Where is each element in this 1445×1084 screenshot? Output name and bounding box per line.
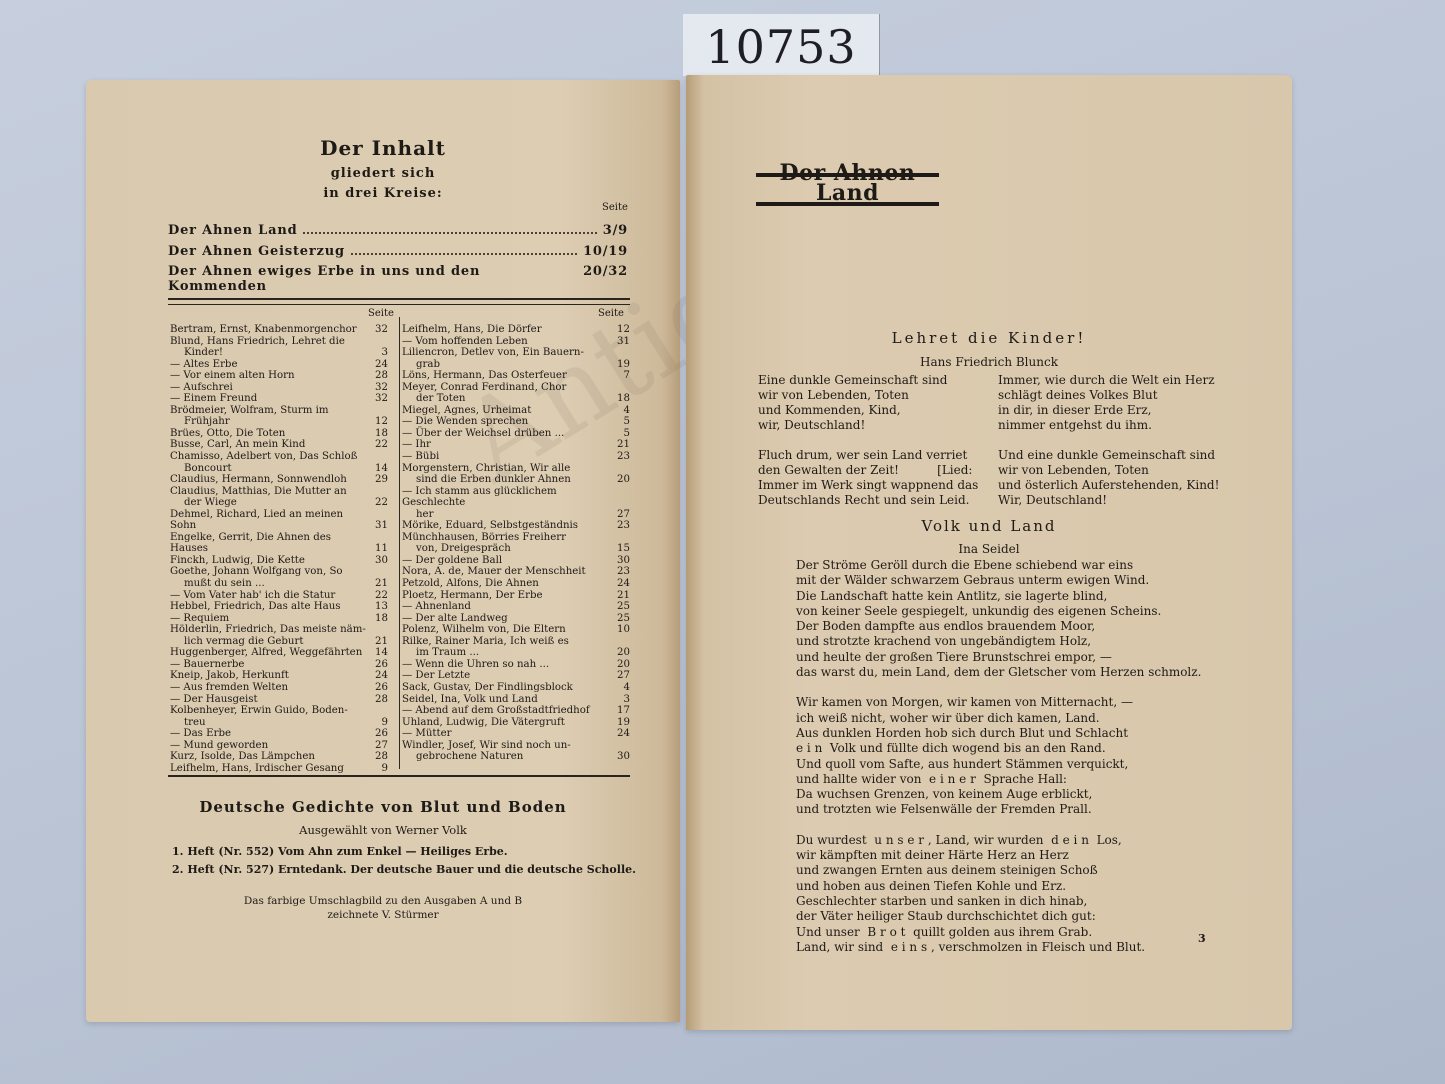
- index-entry-text: Münchhausen, Börries Freiherr: [402, 532, 610, 544]
- poem-1-right-column: Immer, wie durch die Welt ein Herzschläg…: [998, 373, 1238, 508]
- index-entry-page: 4: [610, 682, 630, 694]
- index-entry-text: Kinder!: [184, 347, 368, 359]
- index-entry-page: 27: [368, 740, 388, 752]
- index-entry-page: 24: [368, 359, 388, 371]
- kreis-label: Der Ahnen Geisterzug: [168, 244, 345, 259]
- index-seite-left: Seite: [368, 308, 394, 319]
- index-entry-page: 19: [610, 717, 630, 729]
- index-entry-page: 30: [610, 555, 630, 567]
- index-entry-text: Engelke, Gerrit, Die Ahnen des Hauses: [170, 532, 368, 555]
- index-entry-text: sind die Erben dunkler Ahnen: [416, 474, 610, 486]
- index-entry-text: — Altes Erbe: [170, 359, 368, 371]
- index-entry-page: 10: [610, 624, 630, 636]
- index-entry-text: im Traum ...: [416, 647, 610, 659]
- verse-line: den Gewalten der Zeit! [Lied:: [758, 463, 988, 478]
- index-entry-page: 26: [368, 682, 388, 694]
- index-entry-text: Brödmeier, Wolfram, Sturm im: [170, 405, 368, 417]
- index-entry-page: 24: [610, 728, 630, 740]
- index-entry-text: Miegel, Agnes, Urheimat: [402, 405, 610, 417]
- index-entry: — Der Letzte27: [402, 670, 630, 682]
- index-entry-page: 22: [368, 439, 388, 451]
- index-entry: Finckh, Ludwig, Die Kette30: [170, 555, 388, 567]
- index-entry-text: der Toten: [416, 393, 610, 405]
- verse-line: Immer im Werk singt wappnend das: [758, 478, 988, 493]
- index-entry-page: 3: [368, 347, 388, 359]
- index-entry-page: 12: [368, 416, 388, 428]
- verse-line: Eine dunkle Gemeinschaft sind: [758, 373, 988, 388]
- verse-line: wir kämpften mit deiner Härte Herz an He…: [796, 848, 1256, 863]
- index-entry-text: Meyer, Conrad Ferdinand, Chor: [402, 382, 610, 394]
- index-entry: Huggenberger, Alfred, Weggefährten14: [170, 647, 388, 659]
- index-entry-text: — Der alte Landweg: [402, 613, 610, 625]
- index-entry-page: 12: [610, 324, 630, 336]
- index-entry: — Vom Vater hab' ich die Statur22: [170, 590, 388, 602]
- index-entry: — Aus fremden Welten26: [170, 682, 388, 694]
- index-entry-text: Hölderlin, Friedrich, Das meiste näm-: [170, 624, 368, 636]
- verse-line: und heulte der großen Tiere Brunstschrei…: [796, 650, 1256, 665]
- index-entry: Goethe, Johann Wolfgang von, So: [170, 566, 388, 578]
- index-entry-text: gebrochene Naturen: [416, 751, 610, 763]
- verse-line: ich weiß nicht, woher wir über dich kame…: [796, 711, 1256, 726]
- index-entry-page: 23: [610, 520, 630, 532]
- index-entry-text: Seidel, Ina, Volk und Land: [402, 694, 610, 706]
- index-entry: Engelke, Gerrit, Die Ahnen des Hauses11: [170, 532, 388, 555]
- poem-2-author: Ina Seidel: [686, 542, 1292, 556]
- verse-line: e i n Volk und füllte dich wogend bis an…: [796, 741, 1256, 756]
- index-entry-text: — Der goldene Ball: [402, 555, 610, 567]
- index-entry-page: 20: [610, 659, 630, 671]
- cover-credit-1: Das farbige Umschlagbild zu den Ausgaben…: [86, 895, 680, 908]
- page-number: 3: [1198, 932, 1206, 945]
- index-entry-text: — Abend auf dem Großstadtfriedhof: [402, 705, 610, 717]
- index-entry-text: grab: [416, 359, 610, 371]
- verse-line: und zwangen Ernten aus deinem steinigen …: [796, 863, 1256, 878]
- index-entry: Kneip, Jakob, Herkunft24: [170, 670, 388, 682]
- index-entry: — Der alte Landweg25: [402, 613, 630, 625]
- verse-line: und österlich Auferstehenden, Kind!: [998, 478, 1238, 493]
- index-entry: her27: [402, 509, 630, 521]
- index-entry: — Der Hausgeist28: [170, 694, 388, 706]
- index-entry-page: 15: [610, 543, 630, 555]
- index-entry: Chamisso, Adelbert von, Das Schloß: [170, 451, 388, 463]
- index-entry: — Vor einem alten Horn28: [170, 370, 388, 382]
- index-entry: Löns, Hermann, Das Osterfeuer7: [402, 370, 630, 382]
- toc-kreis-3: Der Ahnen ewiges Erbe in uns und den Kom…: [168, 264, 628, 294]
- index-entry-page: 19: [610, 359, 630, 371]
- index-entry: — Das Erbe26: [170, 728, 388, 740]
- series-volume-2: 2. Heft (Nr. 527) Erntedank. Der deutsch…: [172, 863, 636, 876]
- index-entry-page: 26: [368, 728, 388, 740]
- index-entry: — Ahnenland25: [402, 601, 630, 613]
- index-entry-text: — Mütter: [402, 728, 610, 740]
- index-entry-page: 32: [368, 393, 388, 405]
- index-column-left: Bertram, Ernst, Knabenmorgenchor32Blund,…: [170, 324, 388, 774]
- index-entry: Kurz, Isolde, Das Lämpchen28: [170, 751, 388, 763]
- index-entry-text: Uhland, Ludwig, Die Vätergruft: [402, 717, 610, 729]
- index-entry: Miegel, Agnes, Urheimat4: [402, 405, 630, 417]
- index-entry: Polenz, Wilhelm von, Die Eltern10: [402, 624, 630, 636]
- index-entry: — Ich stamm aus glücklichem Geschlechte: [402, 486, 630, 509]
- index-entry-text: — Aufschrei: [170, 382, 368, 394]
- index-entry: — Vom hoffenden Leben31: [402, 336, 630, 348]
- verse-line: und hoben aus deinen Tiefen Kohle und Er…: [796, 879, 1256, 894]
- index-entry-text: — Bübi: [402, 451, 610, 463]
- index-entry: — Abend auf dem Großstadtfriedhof17: [402, 705, 630, 717]
- index-entry: Windler, Josef, Wir sind noch un-: [402, 740, 630, 752]
- index-entry-text: Chamisso, Adelbert von, Das Schloß: [170, 451, 368, 463]
- index-entry-page: 9: [368, 717, 388, 729]
- verse-line: Wir, Deutschland!: [998, 493, 1238, 508]
- index-entry-text: Goethe, Johann Wolfgang von, So: [170, 566, 368, 578]
- index-entry-page: 28: [368, 751, 388, 763]
- double-rule-bottom: [168, 775, 630, 779]
- index-entry: Busse, Carl, An mein Kind22: [170, 439, 388, 451]
- index-entry-text: Polenz, Wilhelm von, Die Eltern: [402, 624, 610, 636]
- index-entry-text: — Aus fremden Welten: [170, 682, 368, 694]
- index-entry-text: Blund, Hans Friedrich, Lehret die: [170, 336, 368, 348]
- column-divider: [399, 317, 400, 769]
- index-entry: — Mund geworden27: [170, 740, 388, 752]
- stanza: Und eine dunkle Gemeinschaft sindwir von…: [998, 448, 1238, 508]
- index-entry-text: — Vor einem alten Horn: [170, 370, 368, 382]
- index-entry: Seidel, Ina, Volk und Land3: [402, 694, 630, 706]
- verse-line: Immer, wie durch die Welt ein Herz: [998, 373, 1238, 388]
- index-entry: von, Dreigespräch15: [402, 543, 630, 555]
- verse-line: Der Ströme Geröll durch die Ebene schieb…: [796, 558, 1256, 573]
- index-entry-text: Nora, A. de, Mauer der Menschheit: [402, 566, 610, 578]
- index-entry-page: 24: [368, 670, 388, 682]
- index-entry: sind die Erben dunkler Ahnen20: [402, 474, 630, 486]
- index-entry-text: — Der Hausgeist: [170, 694, 368, 706]
- index-entry-page: 17: [610, 705, 630, 717]
- section-banner: Der Ahnen Land: [756, 161, 939, 203]
- toc-seite-label: Seite: [602, 202, 628, 213]
- index-entry: grab19: [402, 359, 630, 371]
- verse-line: Die Landschaft hatte kein Antlitz, sie l…: [796, 589, 1256, 604]
- double-rule-top: [168, 298, 630, 305]
- index-entry-page: 9: [368, 763, 388, 775]
- poem-2-body: Der Ströme Geröll durch die Ebene schieb…: [796, 558, 1256, 955]
- index-entry: Claudius, Matthias, Die Mutter an: [170, 486, 388, 498]
- index-entry: der Wiege22: [170, 497, 388, 509]
- index-entry-text: — Einem Freund: [170, 393, 368, 405]
- index-entry-page: 21: [610, 439, 630, 451]
- index-entry-text: — Wenn die Uhren so nah ...: [402, 659, 610, 671]
- index-entry-page: 11: [368, 543, 388, 555]
- index-entry: — Die Wenden sprechen5: [402, 416, 630, 428]
- index-entry: gebrochene Naturen30: [402, 751, 630, 763]
- index-entry-text: — Die Wenden sprechen: [402, 416, 610, 428]
- verse-line: wir von Lebenden, Toten: [998, 463, 1238, 478]
- index-entry-page: 21: [368, 578, 388, 590]
- index-entry-page: 14: [368, 463, 388, 475]
- index-entry: — Requiem18: [170, 613, 388, 625]
- index-entry-page: 20: [610, 474, 630, 486]
- index-entry-text: — Das Erbe: [170, 728, 368, 740]
- index-entry-text: Brües, Otto, Die Toten: [170, 428, 368, 440]
- index-entry-text: Morgenstern, Christian, Wir alle: [402, 463, 610, 475]
- verse-line: Da wuchsen Grenzen, von keinem Auge erbl…: [796, 787, 1256, 802]
- verse-line: Land, wir sind e i n s , verschmolzen in…: [796, 940, 1256, 955]
- index-entry-text: — Mund geworden: [170, 740, 368, 752]
- index-entry: Kinder!3: [170, 347, 388, 359]
- verse-line: Aus dunklen Horden hob sich durch Blut u…: [796, 726, 1256, 741]
- index-entry-text: mußt du sein ...: [184, 578, 368, 590]
- index-entry-page: 18: [368, 428, 388, 440]
- verse-line: und strotzte krachend von ungebändigtem …: [796, 634, 1256, 649]
- kreis-pages: 3/9: [603, 223, 628, 238]
- index-entry-text: Claudius, Hermann, Sonnwendloh: [170, 474, 368, 486]
- index-entry-text: Löns, Hermann, Das Osterfeuer: [402, 370, 610, 382]
- index-entry: der Toten18: [402, 393, 630, 405]
- index-entry-text: Kolbenheyer, Erwin Guido, Boden-: [170, 705, 368, 717]
- index-entry-text: — Vom Vater hab' ich die Statur: [170, 590, 368, 602]
- index-entry-page: 28: [368, 370, 388, 382]
- index-entry-page: 5: [610, 416, 630, 428]
- index-entry-text: Frühjahr: [184, 416, 368, 428]
- verse-line: Du wurdest u n s e r , Land, wir wurden …: [796, 833, 1256, 848]
- stanza: Immer, wie durch die Welt ein Herzschläg…: [998, 373, 1238, 433]
- toc-kreis-2: Der Ahnen Geisterzug10/19: [168, 244, 628, 259]
- toc-subtitle-1: gliedert sich: [86, 166, 680, 181]
- stanza: Fluch drum, wer sein Land verrietden Gew…: [758, 448, 988, 508]
- verse-line: der Väter heiliger Staub durchschichtet …: [796, 909, 1256, 924]
- index-entry-text: von, Dreigespräch: [416, 543, 610, 555]
- index-entry-page: 26: [368, 659, 388, 671]
- index-entry: — Wenn die Uhren so nah ...20: [402, 659, 630, 671]
- index-entry-text: Liliencron, Detlev von, Ein Bauern-: [402, 347, 610, 359]
- kreis-label: Der Ahnen Land: [168, 223, 297, 238]
- index-entry: Nora, A. de, Mauer der Menschheit23: [402, 566, 630, 578]
- index-entry: Morgenstern, Christian, Wir alle: [402, 463, 630, 475]
- index-entry: treu9: [170, 717, 388, 729]
- inventory-label-card: 10753: [683, 14, 880, 76]
- index-entry-page: 22: [368, 590, 388, 602]
- index-entry: Bertram, Ernst, Knabenmorgenchor32: [170, 324, 388, 336]
- index-entry-page: 32: [368, 382, 388, 394]
- series-editor: Ausgewählt von Werner Volk: [86, 823, 680, 837]
- index-entry-page: 29: [368, 474, 388, 486]
- verse-line: Geschlechter starben und sanken in dich …: [796, 894, 1256, 909]
- index-entry-text: Sack, Gustav, Der Findlingsblock: [402, 682, 610, 694]
- index-entry-page: 24: [610, 578, 630, 590]
- index-entry-text: lich vermag die Geburt: [184, 636, 368, 648]
- index-entry-page: 31: [368, 520, 388, 532]
- index-entry-page: 18: [368, 613, 388, 625]
- index-entry-text: Ploetz, Hermann, Der Erbe: [402, 590, 610, 602]
- index-entry-text: Mörike, Eduard, Selbstgeständnis: [402, 520, 610, 532]
- index-entry-page: 30: [610, 751, 630, 763]
- index-entry-page: 21: [610, 590, 630, 602]
- poem-2-title: Volk und Land: [686, 517, 1292, 535]
- kreis-pages: 10/19: [583, 244, 628, 259]
- index-entry: Uhland, Ludwig, Die Vätergruft19: [402, 717, 630, 729]
- index-entry-text: Finckh, Ludwig, Die Kette: [170, 555, 368, 567]
- index-entry-text: Claudius, Matthias, Die Mutter an: [170, 486, 368, 498]
- kreis-label: Der Ahnen ewiges Erbe in uns und den Kom…: [168, 264, 571, 294]
- verse-line: Und eine dunkle Gemeinschaft sind: [998, 448, 1238, 463]
- verse-line: Deutschlands Recht und sein Leid.: [758, 493, 988, 508]
- index-entry-page: 20: [610, 647, 630, 659]
- index-entry: Petzold, Alfons, Die Ahnen24: [402, 578, 630, 590]
- index-entry: Kolbenheyer, Erwin Guido, Boden-: [170, 705, 388, 717]
- index-entry-text: Windler, Josef, Wir sind noch un-: [402, 740, 610, 752]
- index-entry: Rilke, Rainer Maria, Ich weiß es: [402, 636, 630, 648]
- index-entry: Sack, Gustav, Der Findlingsblock4: [402, 682, 630, 694]
- verse-line: nimmer entgehst du ihm.: [998, 418, 1238, 433]
- index-entry-page: 7: [610, 370, 630, 382]
- index-entry-text: Huggenberger, Alfred, Weggefährten: [170, 647, 368, 659]
- stanza: Eine dunkle Gemeinschaft sindwir von Leb…: [758, 373, 988, 433]
- banner-rule-bottom: [756, 202, 939, 206]
- index-entry: Hölderlin, Friedrich, Das meiste näm-: [170, 624, 388, 636]
- index-entry: Dehmel, Richard, Lied an meinen Sohn31: [170, 509, 388, 532]
- index-entry-text: — Ich stamm aus glücklichem Geschlechte: [402, 486, 610, 509]
- index-entry-text: — Requiem: [170, 613, 368, 625]
- verse-line: und hallte wider von e i n e r Sprache H…: [796, 772, 1256, 787]
- index-entry-page: 32: [368, 324, 388, 336]
- right-page: Der Ahnen Land Lehret die Kinder! Hans F…: [686, 75, 1292, 1030]
- stanza: Wir kamen von Morgen, wir kamen von Mitt…: [796, 695, 1256, 817]
- index-entry-page: 21: [368, 636, 388, 648]
- cover-credit-2: zeichnete V. Stürmer: [86, 909, 680, 922]
- index-entry: im Traum ...20: [402, 647, 630, 659]
- index-entry: Münchhausen, Börries Freiherr: [402, 532, 630, 544]
- verse-line: und trotzten wie Felsenwälle der Fremden…: [796, 802, 1256, 817]
- index-entry-page: 23: [610, 451, 630, 463]
- index-entry: — Altes Erbe24: [170, 359, 388, 371]
- index-entry-text: Rilke, Rainer Maria, Ich weiß es: [402, 636, 610, 648]
- index-entry-page: 25: [610, 601, 630, 613]
- index-entry: — Bauernerbe26: [170, 659, 388, 671]
- series-title: Deutsche Gedichte von Blut und Boden: [86, 798, 680, 816]
- index-entry-page: 14: [368, 647, 388, 659]
- index-entry-text: Leifhelm, Hans, Irdischer Gesang: [170, 763, 368, 775]
- index-entry: Liliencron, Detlev von, Ein Bauern-: [402, 347, 630, 359]
- index-entry: Boncourt14: [170, 463, 388, 475]
- index-entry-text: — Der Letzte: [402, 670, 610, 682]
- verse-line: schlägt deines Volkes Blut: [998, 388, 1238, 403]
- index-entry: mußt du sein ...21: [170, 578, 388, 590]
- index-entry: Brües, Otto, Die Toten18: [170, 428, 388, 440]
- index-entry-text: Busse, Carl, An mein Kind: [170, 439, 368, 451]
- index-entry: — Einem Freund32: [170, 393, 388, 405]
- index-entry-text: — Vom hoffenden Leben: [402, 336, 610, 348]
- index-entry: Mörike, Eduard, Selbstgeständnis23: [402, 520, 630, 532]
- index-column-right: Leifhelm, Hans, Die Dörfer12— Vom hoffen…: [402, 324, 630, 763]
- index-entry: Hebbel, Friedrich, Das alte Haus13: [170, 601, 388, 613]
- index-entry: Blund, Hans Friedrich, Lehret die: [170, 336, 388, 348]
- toc-title: Der Inhalt: [86, 136, 680, 160]
- poem-1-title: Lehret die Kinder!: [686, 329, 1292, 347]
- index-entry-text: — Bauernerbe: [170, 659, 368, 671]
- index-entry-page: 25: [610, 613, 630, 625]
- verse-line: wir von Lebenden, Toten: [758, 388, 988, 403]
- verse-line: Und quoll vom Safte, aus hundert Stämmen…: [796, 757, 1256, 772]
- index-entry: Frühjahr12: [170, 416, 388, 428]
- verse-line: Der Boden dampfte aus endlos brauendem M…: [796, 619, 1256, 634]
- verse-line: in dir, in dieser Erde Erz,: [998, 403, 1238, 418]
- index-entry-text: Kneip, Jakob, Herkunft: [170, 670, 368, 682]
- index-seite-right: Seite: [598, 308, 624, 319]
- index-entry: — Mütter24: [402, 728, 630, 740]
- index-entry: Brödmeier, Wolfram, Sturm im: [170, 405, 388, 417]
- index-entry-page: 5: [610, 428, 630, 440]
- index-entry-page: 23: [610, 566, 630, 578]
- index-entry-text: her: [416, 509, 610, 521]
- stanza: Du wurdest u n s e r , Land, wir wurden …: [796, 833, 1256, 955]
- index-entry-page: 13: [368, 601, 388, 613]
- index-entry: lich vermag die Geburt21: [170, 636, 388, 648]
- inventory-number: 10753: [683, 20, 879, 74]
- index-entry-text: Boncourt: [184, 463, 368, 475]
- verse-line: das warst du, mein Land, dem der Gletsch…: [796, 665, 1256, 680]
- index-entry: Ploetz, Hermann, Der Erbe21: [402, 590, 630, 602]
- index-entry-text: — Ahnenland: [402, 601, 610, 613]
- verse-line: von keiner Seele gespiegelt, unkundig de…: [796, 604, 1256, 619]
- index-entry-page: 27: [610, 509, 630, 521]
- toc-subtitle-2: in drei Kreise:: [86, 186, 680, 201]
- verse-line: Wir kamen von Morgen, wir kamen von Mitt…: [796, 695, 1256, 710]
- index-entry-text: Dehmel, Richard, Lied an meinen Sohn: [170, 509, 368, 532]
- index-entry-page: 18: [610, 393, 630, 405]
- index-entry-text: Hebbel, Friedrich, Das alte Haus: [170, 601, 368, 613]
- index-entry-text: der Wiege: [184, 497, 368, 509]
- index-entry-page: 31: [610, 336, 630, 348]
- index-entry-text: — Über der Weichsel drüben ...: [402, 428, 610, 440]
- index-entry: — Über der Weichsel drüben ...5: [402, 428, 630, 440]
- index-entry-page: 3: [610, 694, 630, 706]
- index-entry: — Bübi23: [402, 451, 630, 463]
- index-entry-page: 22: [368, 497, 388, 509]
- verse-line: Fluch drum, wer sein Land verriet: [758, 448, 988, 463]
- left-page: Antiquariat Der Inhalt gliedert sich in …: [86, 80, 680, 1022]
- toc-kreis-1: Der Ahnen Land3/9: [168, 223, 628, 238]
- index-entry-page: 28: [368, 694, 388, 706]
- index-entry: Leifhelm, Hans, Die Dörfer12: [402, 324, 630, 336]
- index-entry-text: Petzold, Alfons, Die Ahnen: [402, 578, 610, 590]
- index-entry-text: Kurz, Isolde, Das Lämpchen: [170, 751, 368, 763]
- index-entry: Claudius, Hermann, Sonnwendloh29: [170, 474, 388, 486]
- poem-1-left-column: Eine dunkle Gemeinschaft sindwir von Leb…: [758, 373, 988, 508]
- index-entry-page: 4: [610, 405, 630, 417]
- index-entry: — Der goldene Ball30: [402, 555, 630, 567]
- verse-line: und Kommenden, Kind,: [758, 403, 988, 418]
- index-entry-text: — Ihr: [402, 439, 610, 451]
- index-entry: Leifhelm, Hans, Irdischer Gesang9: [170, 763, 388, 775]
- index-entry: Meyer, Conrad Ferdinand, Chor: [402, 382, 630, 394]
- index-entry-text: Bertram, Ernst, Knabenmorgenchor: [170, 324, 368, 336]
- kreis-pages: 20/32: [583, 264, 628, 279]
- index-entry-page: 30: [368, 555, 388, 567]
- verse-line: mit der Wälder schwarzem Gebraus unterm …: [796, 573, 1256, 588]
- verse-line: Und unser B r o t quillt golden aus ihre…: [796, 925, 1256, 940]
- stanza: Der Ströme Geröll durch die Ebene schieb…: [796, 558, 1256, 680]
- index-entry: — Ihr21: [402, 439, 630, 451]
- index-entry-page: 27: [610, 670, 630, 682]
- index-entry-text: Leifhelm, Hans, Die Dörfer: [402, 324, 610, 336]
- index-entry: — Aufschrei32: [170, 382, 388, 394]
- poem-1-author: Hans Friedrich Blunck: [686, 355, 1292, 369]
- verse-line: wir, Deutschland!: [758, 418, 988, 433]
- series-volume-1: 1. Heft (Nr. 552) Vom Ahn zum Enkel — He…: [172, 845, 508, 858]
- index-entry-text: treu: [184, 717, 368, 729]
